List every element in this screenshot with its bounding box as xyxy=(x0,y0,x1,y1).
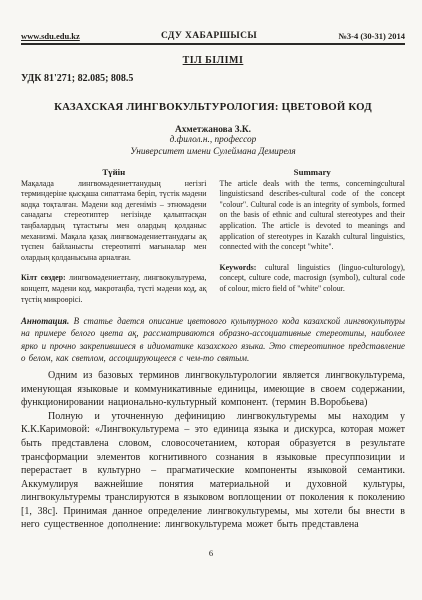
english-keywords-label: Keywords: xyxy=(220,263,257,272)
journal-issue-number: №3-4 (30-31) 2014 xyxy=(338,31,405,41)
kazakh-keywords: Кілт сөздер: лингвомәдениеттану, лингвок… xyxy=(21,273,207,305)
journal-site-url: www.sdu.edu.kz xyxy=(21,31,80,41)
author-degree: д.филол.н., профессор xyxy=(21,135,405,147)
kazakh-abstract-text: Мақалада лингвомәдениеттанудың негізгі т… xyxy=(21,179,207,264)
udk-code: УДК 81'271; 82.085; 808.5 xyxy=(21,73,405,84)
body-paragraph: Одним из базовых терминов лингвокультуро… xyxy=(21,369,405,410)
article-title: КАЗАХСКАЯ ЛИНГВОКУЛЬТУРОЛОГИЯ: ЦВЕТОВОЙ … xyxy=(21,101,405,113)
body-paragraph: Полную и уточненную дефиницию лингвокуль… xyxy=(21,410,405,532)
english-abstract-column: Summary The article deals with the terms… xyxy=(220,167,406,305)
kazakh-abstract-heading: Түйін xyxy=(21,167,207,178)
kazakh-abstract-column: Түйін Мақалада лингвомәдениеттанудың нег… xyxy=(21,167,207,305)
journal-title: СДУ ХАБАРШЫСЫ xyxy=(161,31,257,41)
abstract-columns: Түйін Мақалада лингвомәдениеттанудың нег… xyxy=(21,167,405,305)
article-body: Одним из базовых терминов лингвокультуро… xyxy=(21,369,405,532)
section-heading: ТІЛ БІЛІМІ xyxy=(21,55,405,66)
annotation-text: В статье дается описание цветового культ… xyxy=(21,316,405,363)
annotation-label: Аннотация. xyxy=(21,316,69,326)
page-number: 6 xyxy=(0,548,422,558)
journal-header: www.sdu.edu.kz СДУ ХАБАРШЫСЫ №3-4 (30-31… xyxy=(21,31,405,45)
english-keywords: Keywords: cultural linguistics (linguo-c… xyxy=(220,263,406,295)
annotation-paragraph: Аннотация. В статье дается описание цвет… xyxy=(21,315,405,364)
scanned-journal-page: www.sdu.edu.kz СДУ ХАБАРШЫСЫ №3-4 (30-31… xyxy=(0,0,422,600)
english-abstract-text: The article deals with the terms, concer… xyxy=(220,179,406,253)
author-affiliation: Университет имени Сулеймана Демиреля xyxy=(21,147,405,159)
kazakh-keywords-label: Кілт сөздер: xyxy=(21,273,66,282)
english-abstract-heading: Summary xyxy=(220,167,406,178)
author-name: Ахметжанова З.К. xyxy=(21,125,405,135)
